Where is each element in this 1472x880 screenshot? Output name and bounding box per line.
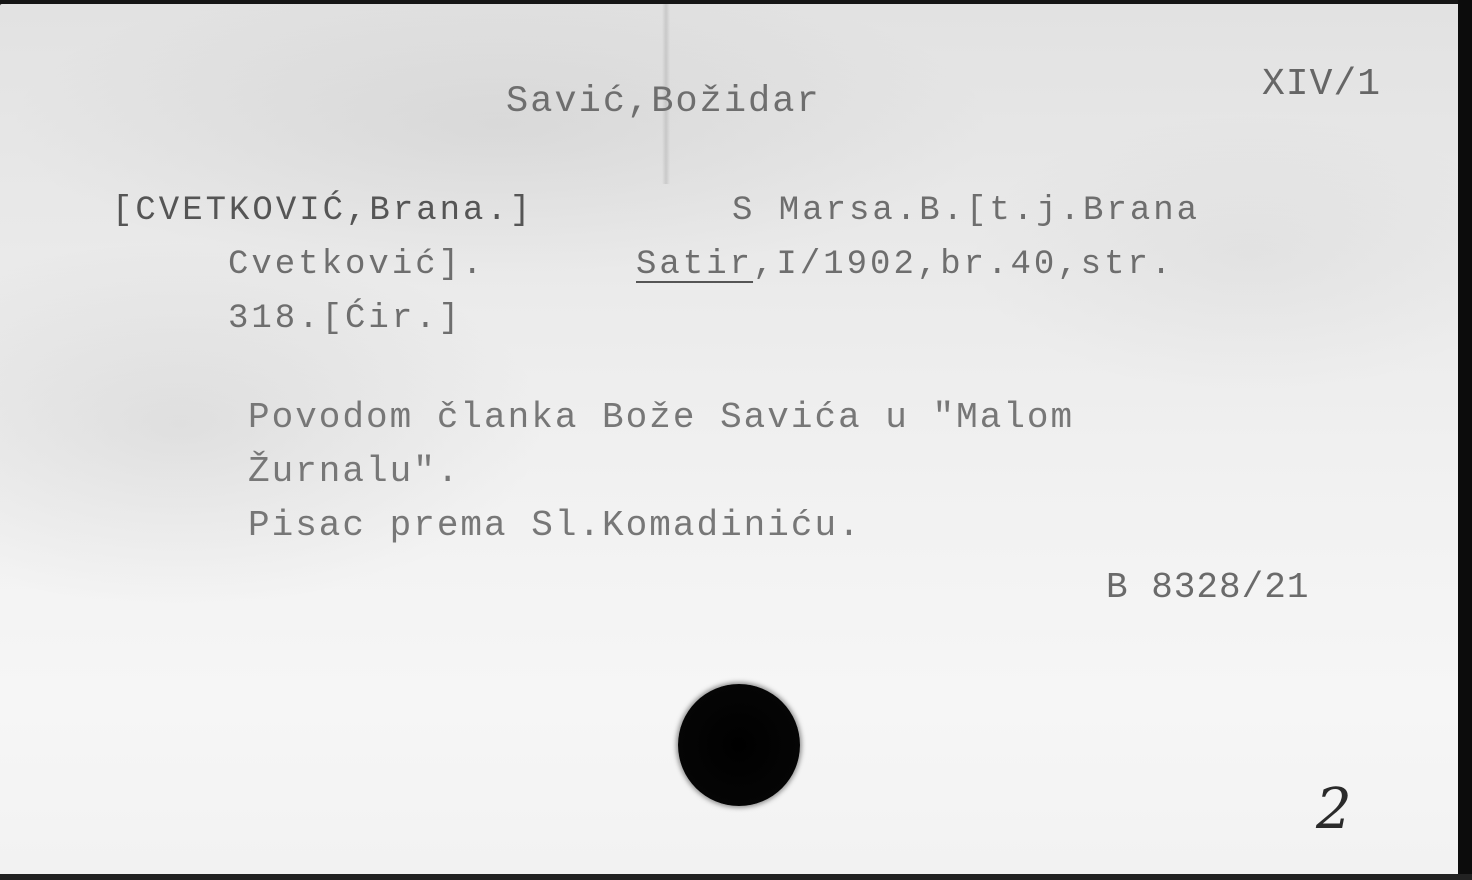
scan-border-right xyxy=(1458,0,1472,880)
entry-author-name-line: Cvetković]. xyxy=(228,248,485,282)
call-number: B 8328/21 xyxy=(1106,570,1309,606)
journal-citation: ,I/1902,br.40,str. xyxy=(753,246,1174,284)
entry-title-line: S Marsa.B.[t.j.Brana xyxy=(732,194,1200,228)
entry-source-line: Satir,I/1902,br.40,str. xyxy=(636,248,1174,282)
entry-page-line: 318.[Ćir.] xyxy=(228,302,462,336)
journal-title: Satir xyxy=(636,246,753,284)
handwritten-number: 2 xyxy=(1316,782,1352,838)
shelf-mark-top: XIV/1 xyxy=(1262,66,1381,104)
punch-hole xyxy=(678,684,800,806)
note-line: Povodom članka Bože Savića u "Malom xyxy=(248,400,1074,436)
scanned-catalog-card: Savić,Božidar XIV/1 [CVETKOVIĆ,Brana.] S… xyxy=(0,0,1472,880)
entry-author-line: [CVETKOVIĆ,Brana.] xyxy=(112,194,533,228)
scan-border-bottom xyxy=(0,874,1472,880)
catalog-card: Savić,Božidar XIV/1 [CVETKOVIĆ,Brana.] S… xyxy=(0,4,1458,874)
card-heading: Savić,Božidar xyxy=(506,84,821,121)
note-line: Žurnalu". xyxy=(248,454,460,490)
note-line: Pisac prema Sl.Komadiniću. xyxy=(248,508,862,544)
